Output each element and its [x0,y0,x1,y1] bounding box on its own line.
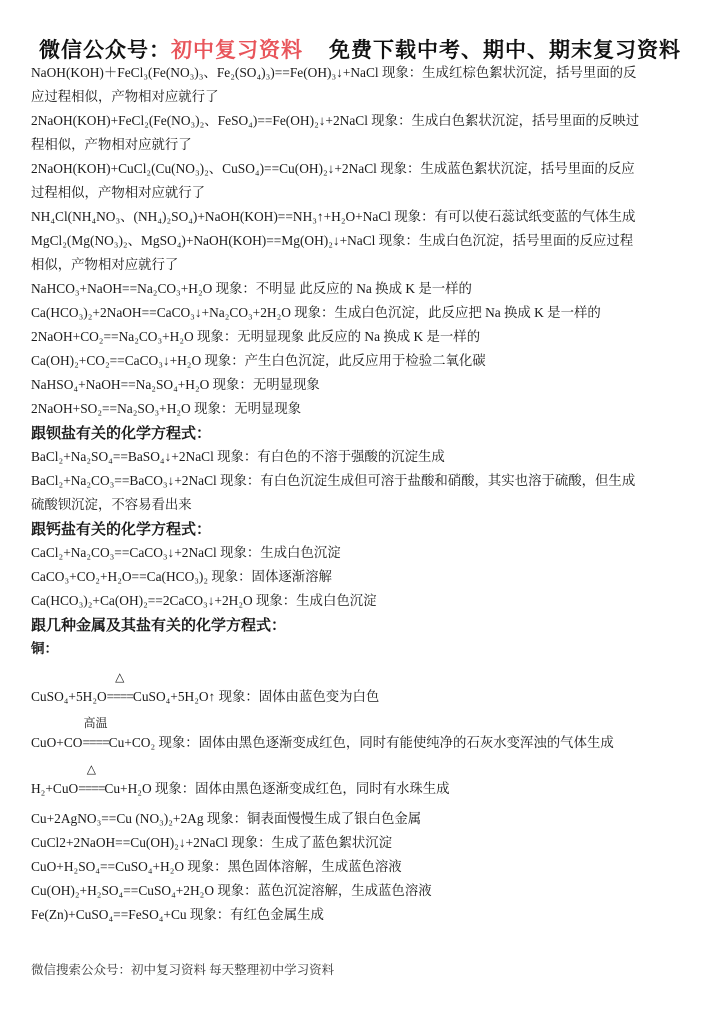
heat-triangle-icon: △ [107,671,133,683]
metals-section: 跟几种金属及其盐有关的化学方程式： 铜： CuSO₄+5H₂O△====CuSO… [31,613,693,927]
barium-section: 跟钡盐有关的化学方程式： BaCl₂+Na₂SO₄==BaSO₄↓+2NaCl … [31,421,693,517]
subheading-copper: 铜： [31,637,693,663]
equation-line: BaCl₂+Na₂SO₄==BaSO₄↓+2NaCl 现象：有白色的不溶于强酸的… [31,445,693,469]
equation-line: CaCl₂+Na₂CO₃==CaCO₃↓+2NaCl 现象：生成白色沉淀 [31,541,693,565]
high-temp-label: 高温 [82,717,108,729]
section-heading-barium: 跟钡盐有关的化学方程式： [31,421,693,445]
equation-line: 程相似，产物相对应就行了 [31,133,693,157]
conditional-equation: CuO+CO高温====Cu+CO₂ 现象：固体由黑色逐渐变成红色，同时有能使纯… [31,731,693,755]
document-body: NaOH(KOH)＋FeCl₃(Fe(NO₃)₃、Fe₂(SO₄)₃)==Fe(… [31,61,693,927]
equation-line: Ca(OH)₂+CO₂==CaCO₃↓+H₂O 现象：产生白色沉淀，此反应用于检… [31,349,693,373]
equation-line: NaOH(KOH)＋FeCl₃(Fe(NO₃)₃、Fe₂(SO₄)₃)==Fe(… [31,61,693,85]
equation-line: Fe(Zn)+CuSO₄==FeSO₄+Cu 现象：有红色金属生成 [31,903,693,927]
equation-line: Cu+2AgNO₃==Cu (NO₃)₂+2Ag 现象：铜表面慢慢生成了银白色金… [31,807,693,831]
equation-line: CaCO₃+CO₂+H₂O==Ca(HCO₃)₂ 现象：固体逐渐溶解 [31,565,693,589]
equation-line: CuCl2+2NaOH==Cu(OH)₂↓+2NaCl 现象：生成了蓝色絮状沉淀 [31,831,693,855]
section-heading-metals: 跟几种金属及其盐有关的化学方程式： [31,613,693,637]
banner-account-name: 初中复习资料 [171,38,303,62]
equation-line: Cu(OH)₂+H₂SO₄==CuSO₄+2H₂O 现象：蓝色沉淀溶解，生成蓝色… [31,879,693,903]
conditional-equation: H₂+CuO△====Cu+H₂O 现象：固体由黑色逐渐变成红色，同时有水珠生成 [31,777,693,801]
equation-line: NaHCO₃+NaOH==Na₂CO₃+H₂O 现象：不明显 此反应的 Na 换… [31,277,693,301]
reaction-condition: △==== [107,685,133,709]
conditional-equation: CuSO₄+5H₂O△====CuSO₄+5H₂O↑ 现象：固体由蓝色变为白色 [31,685,693,709]
base-reactions: NaOH(KOH)＋FeCl₃(Fe(NO₃)₃、Fe₂(SO₄)₃)==Fe(… [31,61,693,421]
equation-line: MgCl₂(Mg(NO₃)₂、MgSO₄)+NaOH(KOH)==Mg(OH)₂… [31,229,693,253]
header-banner: 微信公众号：初中复习资料免费下载中考、期中、期末复习资料 [0,34,720,64]
heat-triangle-icon: △ [78,763,104,775]
calcium-section: 跟钙盐有关的化学方程式： CaCl₂+Na₂CO₃==CaCO₃↓+2NaCl … [31,517,693,613]
footer-note: 微信搜索公众号：初中复习资料 每天整理初中学习资料 [31,960,334,978]
equation-line: 2NaOH(KOH)+CuCl₂(Cu(NO₃)₂、CuSO₄)==Cu(OH)… [31,157,693,181]
equation-line: BaCl₂+Na₂CO₃==BaCO₃↓+2NaCl 现象：有白色沉淀生成但可溶… [31,469,693,493]
reaction-condition: △==== [78,777,104,801]
section-heading-calcium: 跟钙盐有关的化学方程式： [31,517,693,541]
equation-line: NaHSO₄+NaOH==Na₂SO₄+H₂O 现象：无明显现象 [31,373,693,397]
equation-line: NH₄Cl(NH₄NO₃、(NH₄)₂SO₄)+NaOH(KOH)==NH₃↑+… [31,205,693,229]
equation-line: Ca(HCO₃)₂+2NaOH==CaCO₃↓+Na₂CO₃+2H₂O 现象：生… [31,301,693,325]
equation-line: 应过程相似，产物相对应就行了 [31,85,693,109]
equation-line: 2NaOH+SO₂==Na₂SO₃+H₂O 现象：无明显现象 [31,397,693,421]
banner-prefix: 微信公众号： [39,38,171,62]
reaction-condition: 高温==== [82,731,108,755]
equation-line: Ca(HCO₃)₂+Ca(OH)₂==2CaCO₃↓+2H₂O 现象：生成白色沉… [31,589,693,613]
equation-line: 2NaOH+CO₂==Na₂CO₃+H₂O 现象：无明显现象 此反应的 Na 换… [31,325,693,349]
equation-line: 过程相似，产物相对应就行了 [31,181,693,205]
equation-line: 相似，产物相对应就行了 [31,253,693,277]
equation-line: CuO+H₂SO₄==CuSO₄+H₂O 现象：黑色固体溶解，生成蓝色溶液 [31,855,693,879]
equation-line: 2NaOH(KOH)+FeCl₂(Fe(NO₃)₂、FeSO₄)==Fe(OH)… [31,109,693,133]
banner-suffix: 免费下载中考、期中、期末复习资料 [329,38,681,62]
equation-line: 硫酸钡沉淀，不容易看出来 [31,493,693,517]
